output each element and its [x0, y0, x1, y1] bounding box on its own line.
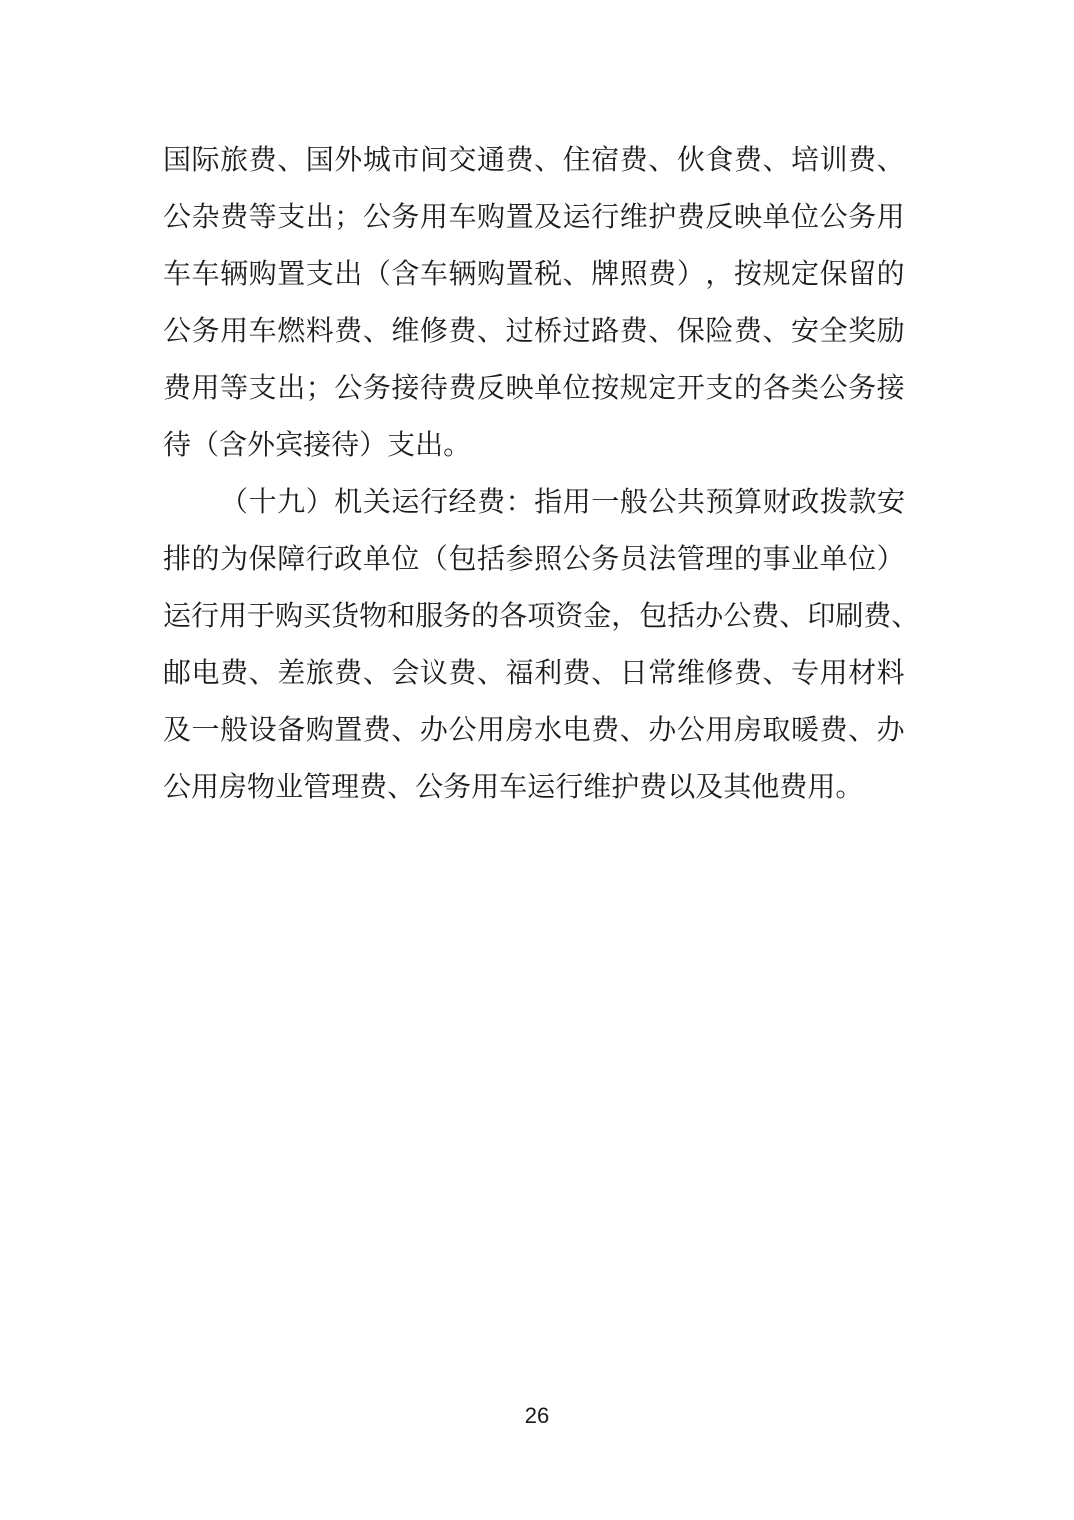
text-line: 公用房物业管理费、公务用车运行维护费以及其他费用。 [163, 756, 905, 813]
text-block: 国际旅费、国外城市间交通费、住宿费、伙食费、培训费、 公杂费等支出；公务用车购置… [163, 129, 905, 813]
text-line: 及一般设备购置费、办公用房水电费、办公用房取暖费、办 [163, 699, 905, 756]
text-line: 国际旅费、国外城市间交通费、住宿费、伙食费、培训费、 [163, 129, 905, 186]
document-page: 国际旅费、国外城市间交通费、住宿费、伙食费、培训费、 公杂费等支出；公务用车购置… [0, 0, 1074, 1520]
text-line: 费用等支出；公务接待费反映单位按规定开支的各类公务接 [163, 357, 905, 414]
paragraph: 国际旅费、国外城市间交通费、住宿费、伙食费、培训费、 公杂费等支出；公务用车购置… [163, 129, 905, 471]
text-line: 运行用于购买货物和服务的各项资金，包括办公费、印刷费、 [163, 585, 905, 642]
paragraph: （十九）机关运行经费：指用一般公共预算财政拨款安 排的为保障行政单位（包括参照公… [163, 471, 905, 813]
text-line: 公务用车燃料费、维修费、过桥过路费、保险费、安全奖励 [163, 300, 905, 357]
page-number: 26 [525, 1403, 549, 1428]
text-line: 公杂费等支出；公务用车购置及运行维护费反映单位公务用 [163, 186, 905, 243]
page-footer: 26 [0, 1403, 1074, 1429]
text-line: （十九）机关运行经费：指用一般公共预算财政拨款安 [163, 471, 905, 528]
text-line: 排的为保障行政单位（包括参照公务员法管理的事业单位） [163, 528, 905, 585]
text-line: 车车辆购置支出（含车辆购置税、牌照费），按规定保留的 [163, 243, 905, 300]
text-line: 待（含外宾接待）支出。 [163, 414, 905, 471]
text-line: 邮电费、差旅费、会议费、福利费、日常维修费、专用材料 [163, 642, 905, 699]
